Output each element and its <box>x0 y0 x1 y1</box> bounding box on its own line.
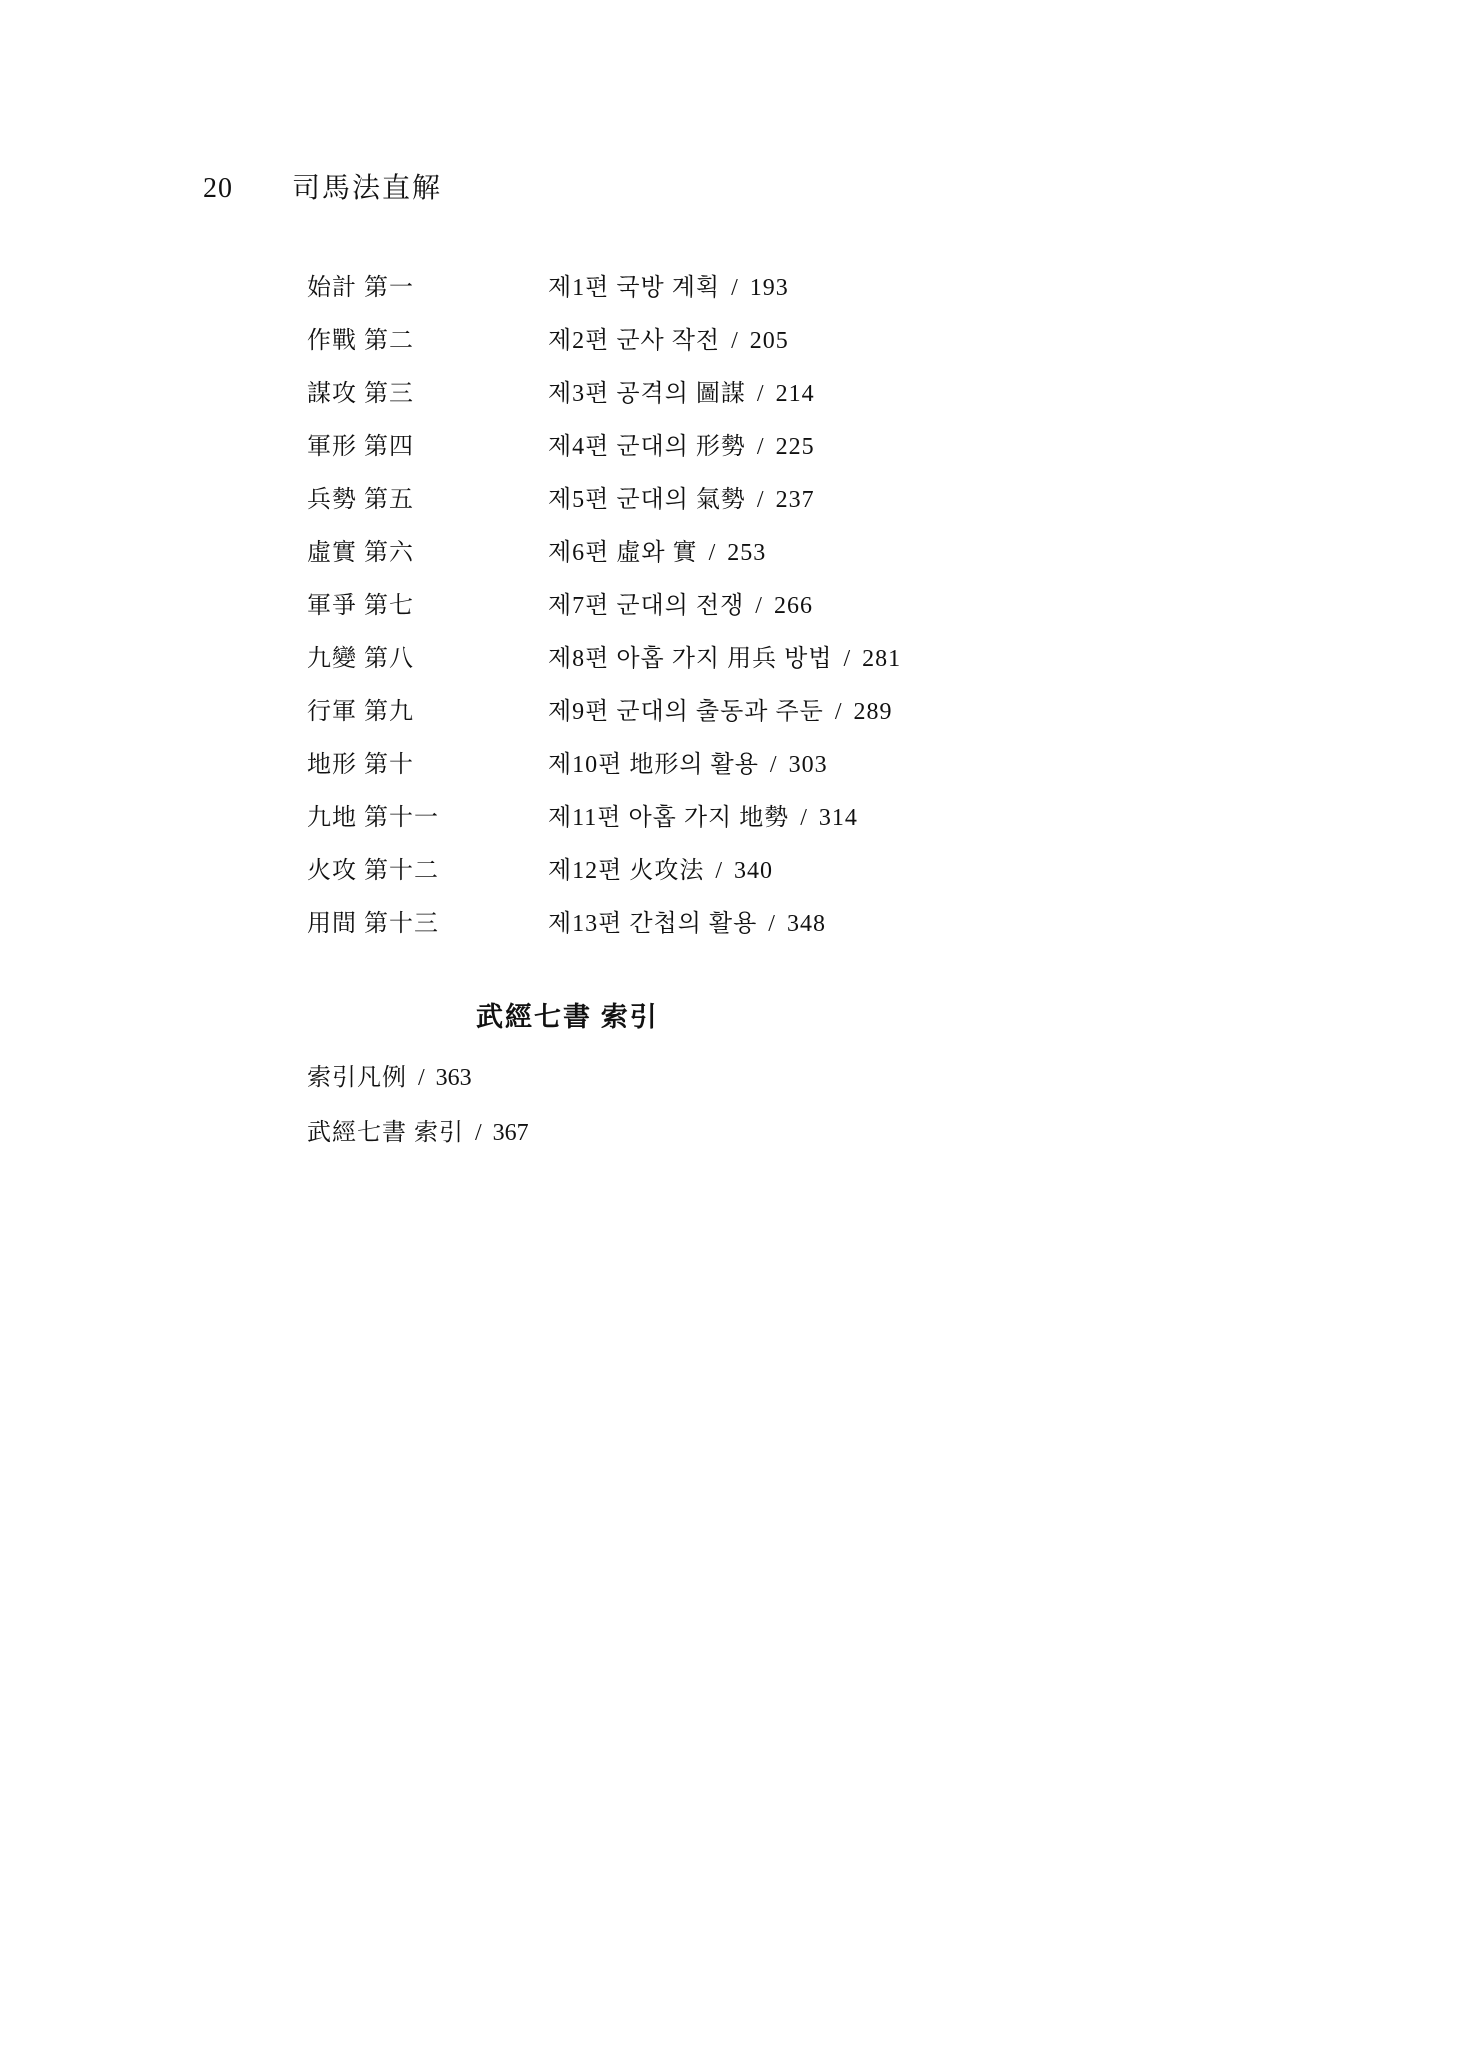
toc-entry: 行軍 第九 제9편 군대의 출동과 주둔/289 <box>307 686 901 739</box>
table-of-contents: 始計 第一 제1편 국방 계획/193 作戰 第二 제2편 군사 작전/205 … <box>307 262 901 951</box>
chapter-description: 제6편 虛와 實/253 <box>548 527 766 580</box>
chapter-title: 地形 第十 <box>307 739 548 792</box>
chapter-description: 제13편 간첩의 활용/348 <box>548 898 826 951</box>
chapter-title: 軍爭 第七 <box>307 580 548 633</box>
chapter-description: 제7편 군대의 전쟁/266 <box>548 580 813 633</box>
chapter-title: 行軍 第九 <box>307 686 548 739</box>
page-number: 20 <box>203 172 233 206</box>
chapter-description-text: 제1편 국방 계획 <box>548 275 720 301</box>
chapter-description-text: 제10편 地形의 활용 <box>548 752 759 778</box>
index-entry-label: 索引凡例 <box>307 1065 407 1091</box>
toc-entry: 軍形 第四 제4편 군대의 形勢/225 <box>307 421 901 474</box>
page-separator: / <box>835 686 843 739</box>
chapter-description-text: 제7편 군대의 전쟁 <box>548 593 744 619</box>
chapter-description-text: 제13편 간첩의 활용 <box>548 911 757 937</box>
toc-entry: 九變 第八 제8편 아홉 가지 用兵 방법/281 <box>307 633 901 686</box>
chapter-description: 제12편 火攻法/340 <box>548 845 773 898</box>
toc-entry: 火攻 第十二 제12편 火攻法/340 <box>307 845 901 898</box>
chapter-title: 軍形 第四 <box>307 421 548 474</box>
index-entry-page-number: 367 <box>493 1120 529 1146</box>
page-separator: / <box>768 898 776 951</box>
index-entry: 武經七書 索引/367 <box>307 1106 529 1161</box>
chapter-page-number: 348 <box>787 911 826 937</box>
chapter-page-number: 266 <box>774 593 813 619</box>
page-separator: / <box>418 1051 425 1106</box>
page-separator: / <box>755 580 763 633</box>
chapter-description-text: 제5편 군대의 氣勢 <box>548 487 746 513</box>
page-separator: / <box>731 262 739 315</box>
page-separator: / <box>757 474 765 527</box>
index-entry-page-number: 363 <box>436 1065 472 1091</box>
chapter-page-number: 193 <box>750 275 789 301</box>
toc-entry: 始計 第一 제1편 국방 계획/193 <box>307 262 901 315</box>
chapter-description: 제8편 아홉 가지 用兵 방법/281 <box>548 633 901 686</box>
chapter-title: 兵勢 第五 <box>307 474 548 527</box>
toc-entry: 九地 第十一 제11편 아홉 가지 地勢/314 <box>307 792 901 845</box>
chapter-page-number: 303 <box>789 752 828 778</box>
chapter-title: 用間 第十三 <box>307 898 548 951</box>
toc-entry: 謀攻 第三 제3편 공격의 圖謀/214 <box>307 368 901 421</box>
chapter-title: 謀攻 第三 <box>307 368 548 421</box>
toc-entry: 地形 第十 제10편 地形의 활용/303 <box>307 739 901 792</box>
chapter-page-number: 314 <box>819 805 858 831</box>
chapter-description-text: 제11편 아홉 가지 地勢 <box>548 805 789 831</box>
chapter-title: 九變 第八 <box>307 633 548 686</box>
chapter-description: 제9편 군대의 출동과 주둔/289 <box>548 686 893 739</box>
chapter-description: 제10편 地形의 활용/303 <box>548 739 828 792</box>
toc-entry: 兵勢 第五 제5편 군대의 氣勢/237 <box>307 474 901 527</box>
chapter-page-number: 253 <box>727 540 766 566</box>
book-title: 司馬法直解 <box>292 172 442 206</box>
chapter-title: 作戰 第二 <box>307 315 548 368</box>
page-separator: / <box>770 739 778 792</box>
chapter-description-text: 제6편 虛와 實 <box>548 540 698 566</box>
chapter-description-text: 제4편 군대의 形勢 <box>548 434 746 460</box>
index-entry: 索引凡例/363 <box>307 1051 529 1106</box>
page-separator: / <box>800 792 808 845</box>
chapter-title: 九地 第十一 <box>307 792 548 845</box>
chapter-page-number: 289 <box>854 699 893 725</box>
toc-entry: 用間 第十三 제13편 간첩의 활용/348 <box>307 898 901 951</box>
page-separator: / <box>757 368 765 421</box>
chapter-page-number: 214 <box>776 381 815 407</box>
chapter-description: 제11편 아홉 가지 地勢/314 <box>548 792 858 845</box>
index-section-heading: 武經七書 索引 <box>476 995 659 1034</box>
chapter-description: 제3편 공격의 圖謀/214 <box>548 368 815 421</box>
toc-entry: 虛實 第六 제6편 虛와 實/253 <box>307 527 901 580</box>
chapter-page-number: 225 <box>776 434 815 460</box>
running-head: 20 司馬法直解 <box>203 172 442 206</box>
page-separator: / <box>715 845 723 898</box>
index-entry-label: 武經七書 索引 <box>307 1120 464 1146</box>
chapter-description-text: 제2편 군사 작전 <box>548 328 720 354</box>
scanned-book-page: 20 司馬法直解 始計 第一 제1편 국방 계획/193 作戰 第二 제2편 군… <box>0 0 1480 2048</box>
chapter-description-text: 제3편 공격의 圖謀 <box>548 381 746 407</box>
chapter-description-text: 제8편 아홉 가지 用兵 방법 <box>548 646 832 672</box>
page-separator: / <box>475 1106 482 1161</box>
chapter-description: 제4편 군대의 形勢/225 <box>548 421 815 474</box>
chapter-description: 제2편 군사 작전/205 <box>548 315 789 368</box>
chapter-description-text: 제12편 火攻法 <box>548 858 704 884</box>
chapter-description: 제1편 국방 계획/193 <box>548 262 789 315</box>
chapter-description-text: 제9편 군대의 출동과 주둔 <box>548 699 824 725</box>
chapter-title: 火攻 第十二 <box>307 845 548 898</box>
chapter-title: 始計 第一 <box>307 262 548 315</box>
page-separator: / <box>731 315 739 368</box>
toc-entry: 作戰 第二 제2편 군사 작전/205 <box>307 315 901 368</box>
page-separator: / <box>757 421 765 474</box>
toc-entry: 軍爭 第七 제7편 군대의 전쟁/266 <box>307 580 901 633</box>
chapter-page-number: 237 <box>776 487 815 513</box>
chapter-description: 제5편 군대의 氣勢/237 <box>548 474 815 527</box>
chapter-page-number: 340 <box>734 858 773 884</box>
chapter-title: 虛實 第六 <box>307 527 548 580</box>
index-entry-list: 索引凡例/363 武經七書 索引/367 <box>307 1051 529 1161</box>
chapter-page-number: 205 <box>750 328 789 354</box>
page-separator: / <box>709 527 717 580</box>
page-separator: / <box>843 633 851 686</box>
chapter-page-number: 281 <box>862 646 901 672</box>
